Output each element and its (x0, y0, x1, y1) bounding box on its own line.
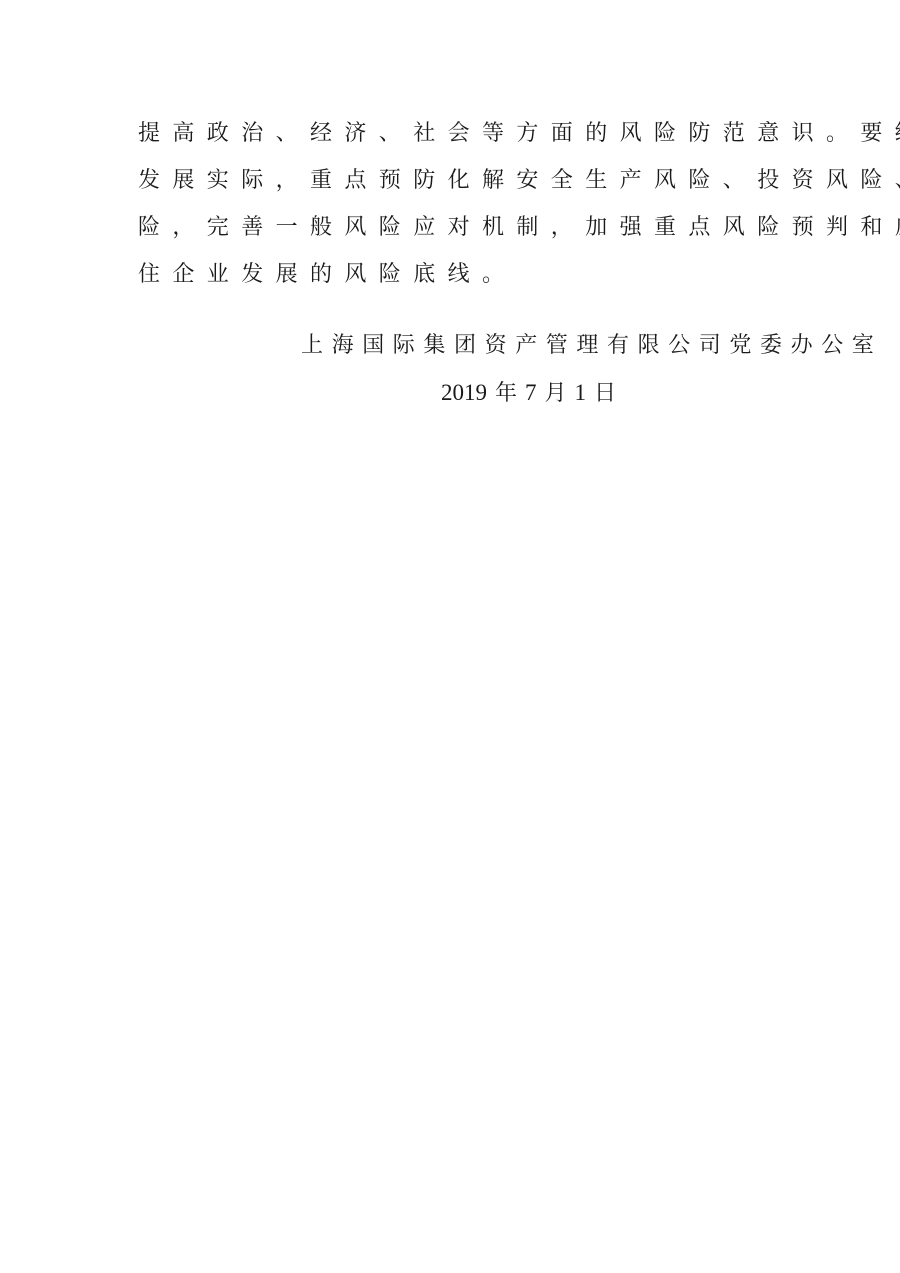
body-paragraph: 提高政治、经济、社会等方面的风险防范意识。要结合企业 发展实际，重点预防化解安全… (138, 114, 778, 302)
date-year: 2019 (441, 380, 487, 405)
paragraph-line: 发展实际，重点预防化解安全生产风险、投资风险、合规风 (138, 161, 778, 208)
date-month: 7 (525, 380, 537, 405)
issuer-signature: 上海国际集团资产管理有限公司党委办公室 (301, 326, 882, 366)
paragraph-line: 住企业发展的风险底线。 (138, 255, 778, 302)
date-year-unit: 年 (495, 381, 517, 406)
date-month-unit: 月 (545, 381, 567, 406)
paragraph-line: 提高政治、经济、社会等方面的风险防范意识。要结合企业 (138, 114, 778, 161)
date-day-unit: 日 (594, 381, 616, 406)
date-day: 1 (575, 380, 587, 405)
paragraph-line: 险，完善一般风险应对机制，加强重点风险预判和应对，守 (138, 208, 778, 255)
document-page: 提高政治、经济、社会等方面的风险防范意识。要结合企业 发展实际，重点预防化解安全… (0, 0, 900, 1273)
issue-date: 2019年7月1日 (441, 373, 616, 413)
